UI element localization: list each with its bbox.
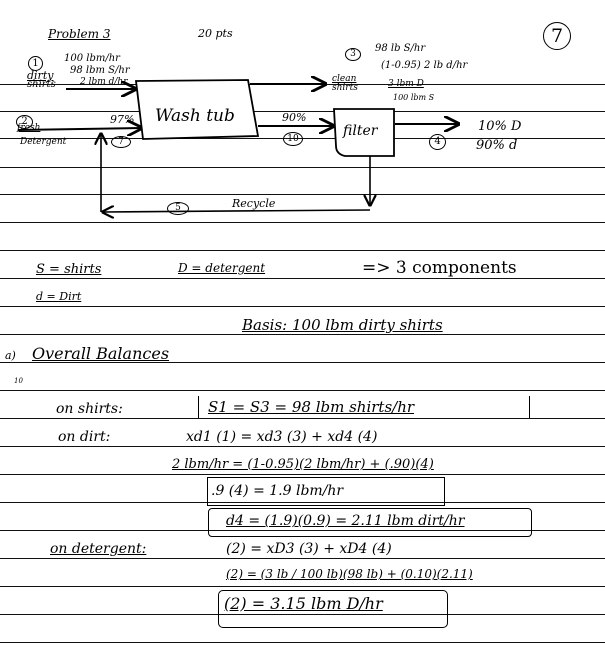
shirts-balance-eq: S1 = S3 = 98 lbm shirts/hr bbox=[208, 400, 414, 415]
stream2-label-line2: Detergent bbox=[20, 138, 66, 147]
stream2-label-line1: fresh bbox=[17, 124, 40, 133]
detergent-balance-label: on detergent: bbox=[50, 542, 146, 556]
stream3-fraction-den: 100 lbm S bbox=[393, 94, 434, 102]
shirts-balance-label: on shirts: bbox=[56, 402, 123, 416]
det-eq1: (2) = xD3 (3) + xD4 (4) bbox=[226, 542, 392, 556]
definition-shirts: S = shirts bbox=[36, 263, 101, 276]
stream3-dirt: (1-0.95) 2 lb d/hr bbox=[381, 61, 467, 71]
mark-7-circle: 7 bbox=[111, 136, 131, 148]
mark-7: 7 bbox=[111, 131, 131, 148]
stream3-fraction-num: 3 lbm D bbox=[388, 80, 424, 89]
dirt-eq4: d4 = (1.9)(0.9) = 2.11 lbm dirt/hr bbox=[226, 514, 464, 528]
stream3-label-line2: shirts bbox=[332, 84, 358, 93]
det-eq2: (2) = (3 lb / 100 lb)(98 lb) + (0.10)(2.… bbox=[226, 568, 473, 580]
stream2-pct: 97% bbox=[110, 114, 134, 125]
section-label: a) bbox=[5, 350, 16, 361]
stream1-flow: 100 lbm/hr bbox=[64, 54, 120, 64]
definition-detergent: D = detergent bbox=[178, 262, 265, 274]
definition-components: => 3 components bbox=[362, 260, 517, 277]
stream4-comp2: 90% d bbox=[476, 139, 517, 152]
det-eq3: (2) = 3.15 lbm D/hr bbox=[224, 596, 383, 612]
stream4-number: 4 bbox=[429, 131, 446, 150]
stream3-number: 3 bbox=[345, 43, 361, 61]
stream3-flow: 98 lb S/hr bbox=[375, 44, 425, 54]
dirt-balance-label: on dirt: bbox=[58, 430, 110, 444]
filter-label: filter bbox=[343, 124, 377, 138]
pct-90-label: 90% bbox=[282, 112, 306, 123]
stream4-comp1: 10% D bbox=[478, 120, 521, 133]
stream5-circle: 5 bbox=[167, 202, 189, 215]
stream1-label-line2: shirts bbox=[27, 80, 56, 90]
wash-tub-label: Wash tub bbox=[155, 108, 235, 125]
label-10: 10 bbox=[283, 128, 303, 146]
stream1-detail: 98 lbm S/hr bbox=[70, 66, 130, 76]
definition-dirt: d = Dirt bbox=[36, 291, 81, 302]
stream5-number: 5 bbox=[167, 197, 189, 215]
dirt-eq2: 2 lbm/hr = (1-0.95)(2 lbm/hr) + (.90)(4) bbox=[172, 458, 434, 471]
dirt-eq3: .9 (4) = 1.9 lbm/hr bbox=[211, 484, 343, 498]
label-10-circle: 10 bbox=[283, 132, 303, 146]
margin-note: 10 bbox=[14, 378, 23, 385]
section-title: Overall Balances bbox=[32, 346, 169, 362]
basis-statement: Basis: 100 lbm dirty shirts bbox=[242, 318, 443, 333]
stream3-circle: 3 bbox=[345, 48, 361, 61]
stream1-detail2: 2 lbm d/hr bbox=[80, 78, 128, 87]
stream4-circle: 4 bbox=[429, 134, 446, 150]
dirt-eq1: xd1 (1) = xd3 (3) + xd4 (4) bbox=[186, 430, 377, 444]
recycle-label: Recycle bbox=[232, 198, 275, 209]
